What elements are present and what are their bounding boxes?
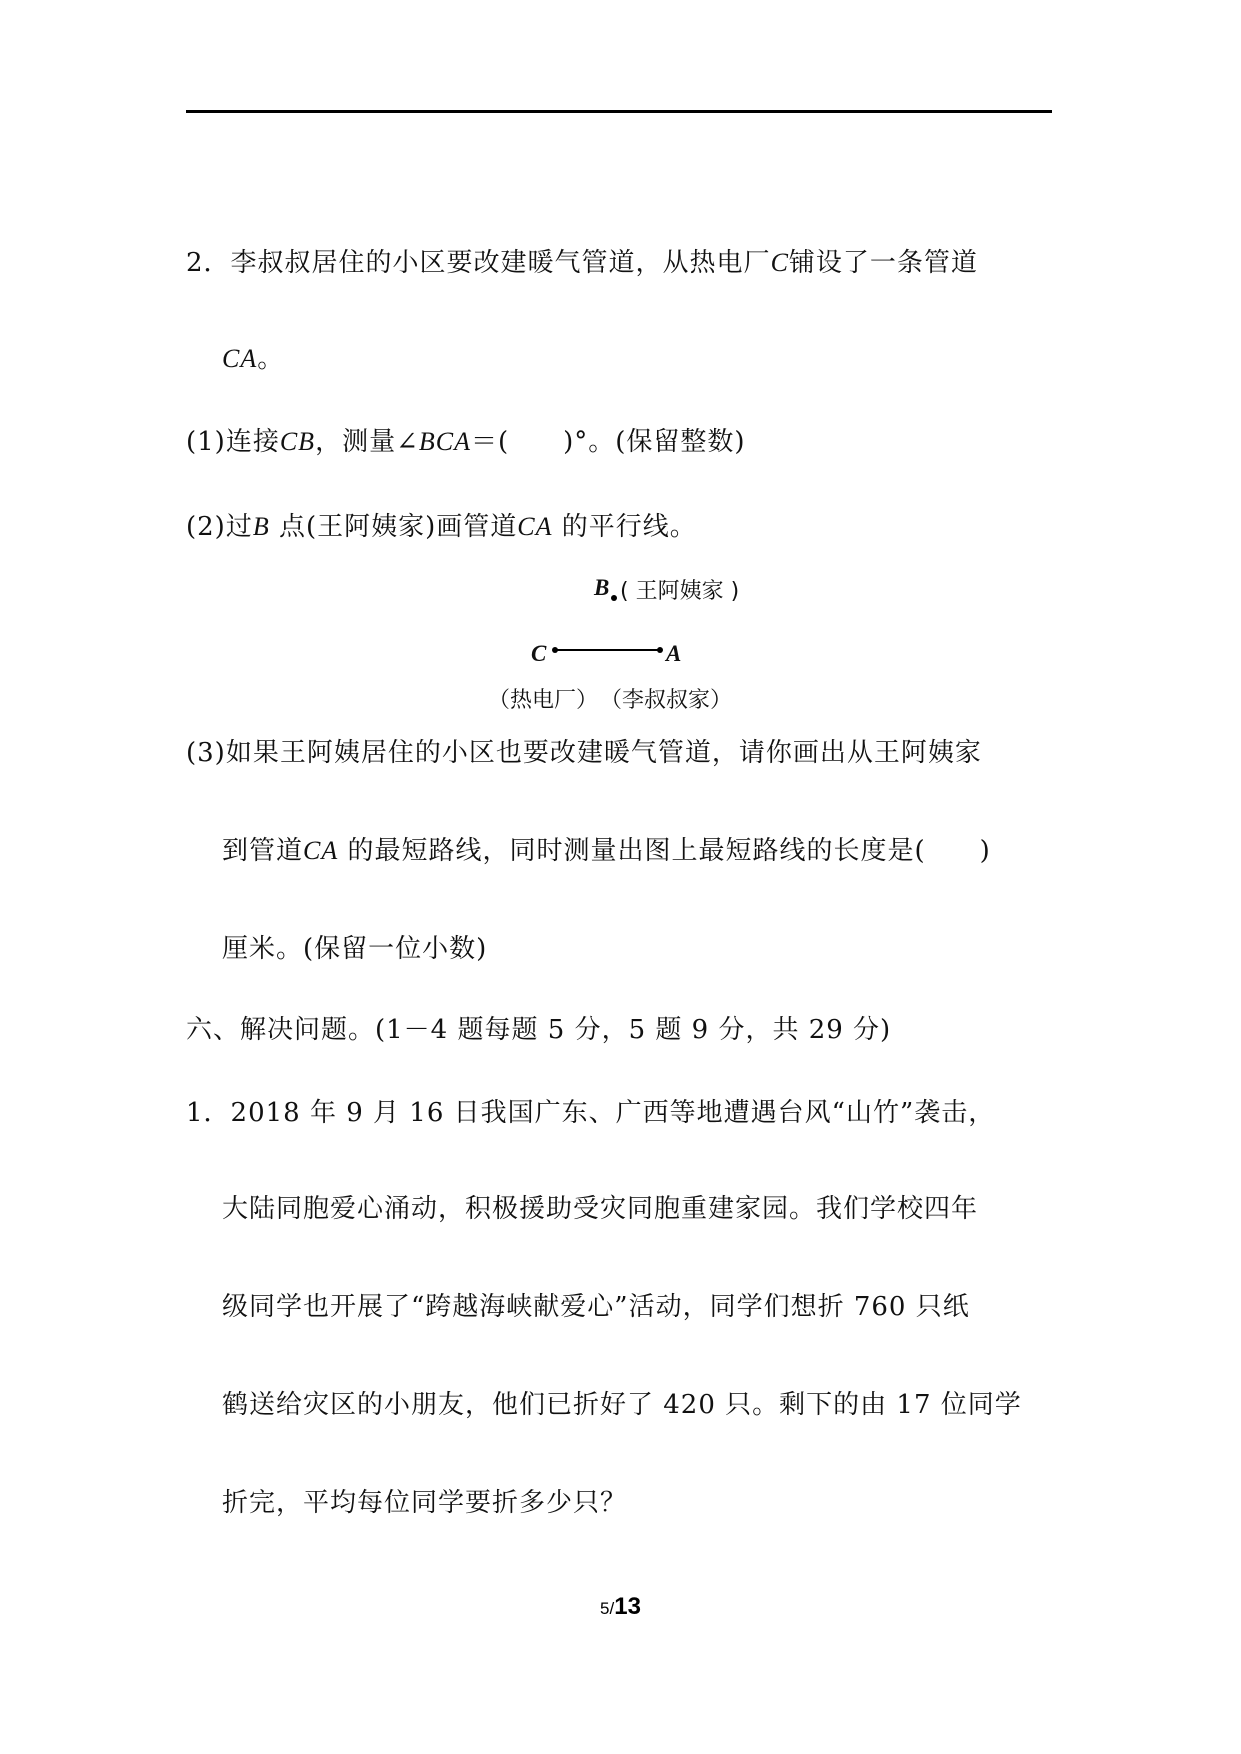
answer-blank-length: 的最短路线，同时测量出图上最短路线的长度是( )	[338, 836, 991, 866]
answer-blank-angle: ＝( )°。(保留整数)	[471, 427, 746, 457]
point-a-dot	[657, 647, 663, 653]
var-c: C	[771, 248, 789, 277]
sub-question-3: (3)如果王阿姨居住的小区也要改建暖气管道，请你画出从王阿姨家	[186, 736, 982, 770]
sub-question-2: (2)过B 点(王阿姨家)画管道CA 的平行线。	[186, 510, 697, 544]
point-b-label: B	[594, 575, 609, 601]
point-b-dot	[611, 595, 617, 601]
question-number: 2．	[186, 248, 231, 278]
point-c-caption: （热电厂）	[488, 683, 598, 714]
point-a-caption: （李叔叔家）	[600, 683, 732, 714]
problem-1-line-5: 折完，平均每位同学要折多少只？	[222, 1486, 627, 1520]
problem-1-line-3: 级同学也开展了“跨越海峡献爱心”活动，同学们想折 760 只纸	[222, 1290, 970, 1324]
point-a-label: A	[666, 641, 681, 667]
sub-question-3-cont2: 厘米。(保留一位小数)	[222, 932, 487, 966]
page-total: 13	[614, 1593, 641, 1620]
problem-1-line-4: 鹤送给灾区的小朋友，他们已折好了 420 只。剩下的由 17 位同学	[222, 1388, 1022, 1422]
sub-question-3-cont: 到管道CA 的最短路线，同时测量出图上最短路线的长度是( )	[222, 834, 991, 868]
problem-1-line-2: 大陆同胞爱心涌动，积极援助受灾同胞重建家园。我们学校四年	[222, 1192, 978, 1226]
page-number: 5/13	[0, 1593, 1241, 1621]
point-b-caption: ( 王阿姨家 )	[620, 574, 739, 605]
header-rule	[186, 110, 1052, 113]
question-2-stem-cont: CA。	[222, 342, 284, 376]
question-2-stem: 2．李叔叔居住的小区要改建暖气管道，从热电厂C铺设了一条管道	[186, 246, 978, 280]
point-c-label: C	[531, 641, 546, 667]
segment-ca	[555, 649, 660, 651]
section-6-title: 六、解决问题。(1－4 题每题 5 分，5 题 9 分，共 29 分)	[186, 1013, 891, 1047]
sub-question-1: (1)连接CB，测量∠BCA＝( )°。(保留整数)	[186, 425, 746, 459]
page-current: 5/	[600, 1599, 614, 1618]
problem-1-line-1: 1．2018 年 9 月 16 日我国广东、广西等地遭遇台风“山竹”袭击，	[186, 1096, 995, 1130]
